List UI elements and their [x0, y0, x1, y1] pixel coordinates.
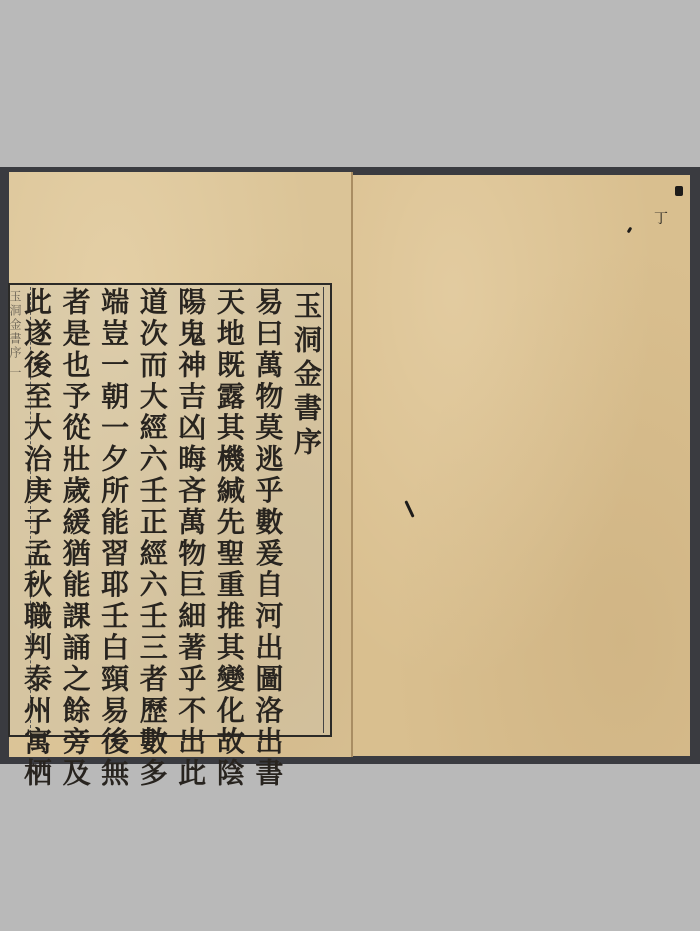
text-column: 此遂後至大治庚子孟秋職判泰州寓栖	[18, 287, 54, 727]
right-page	[352, 175, 690, 756]
preface-title: 玉洞金書序	[288, 287, 324, 727]
text-column: 道次而大經六壬正經六壬三者歷數多	[134, 287, 170, 727]
page-mark: 丁	[654, 208, 668, 228]
text-column: 陽鬼神吉凶晦吝萬物巨細著乎不出此	[172, 287, 208, 727]
text-column: 者是也予從壯歲緩猶能課誦之餘旁及	[57, 287, 93, 727]
text-column: 端豈一朝一夕所能習耶壬白頸易後無	[95, 287, 131, 727]
book-gutter	[351, 172, 353, 757]
ink-spot	[675, 186, 683, 196]
text-columns: 玉洞金書序 易曰萬物莫逃乎數爰自河出圖洛出書 天地既露其機緘先聖重推其變化故陰 …	[18, 287, 324, 727]
text-column: 天地既露其機緘先聖重推其變化故陰	[211, 287, 247, 727]
text-column: 易曰萬物莫逃乎數爰自河出圖洛出書	[249, 287, 285, 727]
